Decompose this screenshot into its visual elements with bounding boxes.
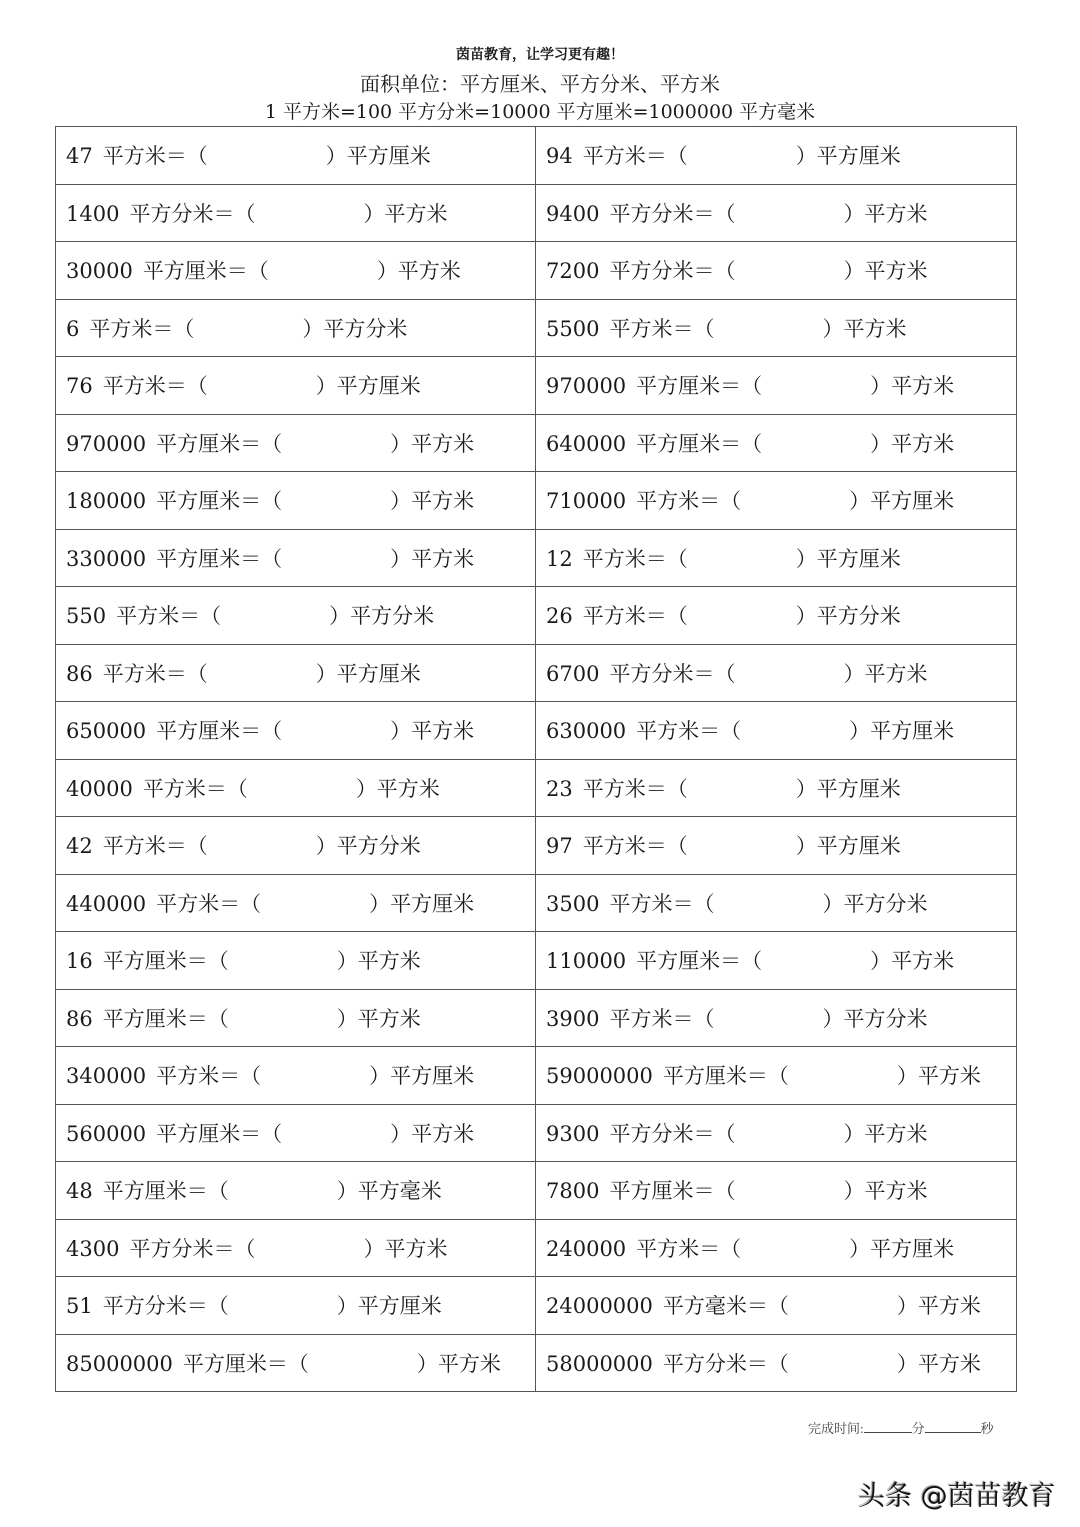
table-row: 1400平方分米＝（）平方米9400平方分米＝（）平方米: [56, 184, 1017, 242]
exercise-table: 47平方米＝（）平方厘米94平方米＝（）平方厘米1400平方分米＝（）平方米94…: [55, 126, 1017, 1392]
table-row: 16平方厘米＝（）平方米110000平方厘米＝（）平方米: [56, 932, 1017, 990]
target-unit: ）平方厘米: [849, 485, 954, 515]
exercise-cell-left: 76平方米＝（）平方厘米: [56, 357, 536, 415]
conversion-question: 970000平方厘米＝（）平方米: [66, 428, 474, 458]
exercise-cell-right: 110000平方厘米＝（）平方米: [536, 932, 1017, 990]
exercise-cell-right: 59000000平方厘米＝（）平方米: [536, 1047, 1017, 1105]
quantity-value: 180000: [66, 489, 146, 513]
exercise-cell-left: 440000平方米＝（）平方厘米: [56, 874, 536, 932]
quantity-value: 710000: [546, 489, 626, 513]
target-unit: ）平方厘米: [849, 715, 954, 745]
exercise-cell-left: 42平方米＝（）平方分米: [56, 817, 536, 875]
quantity-value: 97: [546, 834, 573, 858]
conversion-question: 3500平方米＝（）平方分米: [546, 888, 927, 918]
source-unit: 平方米＝（: [636, 715, 741, 745]
conversion-question: 26平方米＝（）平方分米: [546, 600, 901, 630]
conversion-question: 42平方米＝（）平方分米: [66, 830, 421, 860]
target-unit: ）平方厘米: [369, 888, 474, 918]
quantity-value: 650000: [66, 719, 146, 743]
source-unit: 平方米＝（: [636, 485, 741, 515]
exercise-cell-left: 180000平方厘米＝（）平方米: [56, 472, 536, 530]
target-unit: ）平方米: [390, 543, 474, 573]
source-unit: 平方厘米＝（: [183, 1348, 309, 1378]
source-unit: 平方厘米＝（: [636, 945, 762, 975]
quantity-value: 47: [66, 144, 93, 168]
exercise-cell-right: 24000000平方毫米＝（）平方米: [536, 1277, 1017, 1335]
exercise-cell-right: 9300平方分米＝（）平方米: [536, 1104, 1017, 1162]
conversion-question: 4300平方分米＝（）平方米: [66, 1233, 447, 1263]
table-row: 51平方分米＝（）平方厘米24000000平方毫米＝（）平方米: [56, 1277, 1017, 1335]
exercise-cell-right: 630000平方米＝（）平方厘米: [536, 702, 1017, 760]
target-unit: ）平方米: [390, 485, 474, 515]
conversion-question: 110000平方厘米＝（）平方米: [546, 945, 954, 975]
conversion-question: 47平方米＝（）平方厘米: [66, 140, 431, 170]
minutes-unit: 分: [912, 1421, 925, 1436]
target-unit: ）平方分米: [822, 888, 927, 918]
target-unit: ）平方分米: [329, 600, 434, 630]
table-row: 970000平方厘米＝（）平方米640000平方厘米＝（）平方米: [56, 414, 1017, 472]
quantity-value: 30000: [66, 259, 133, 283]
quantity-value: 970000: [66, 432, 146, 456]
conversion-question: 340000平方米＝（）平方厘米: [66, 1060, 474, 1090]
table-row: 86平方厘米＝（）平方米3900平方米＝（）平方分米: [56, 989, 1017, 1047]
exercise-cell-right: 3500平方米＝（）平方分米: [536, 874, 1017, 932]
target-unit: ）平方米: [870, 945, 954, 975]
source-unit: 平方米＝（: [103, 658, 208, 688]
source-unit: 平方米＝（: [636, 1233, 741, 1263]
target-unit: ）平方分米: [302, 313, 407, 343]
exercise-cell-left: 30000平方厘米＝（）平方米: [56, 242, 536, 300]
quantity-value: 76: [66, 374, 93, 398]
quantity-value: 24000000: [546, 1294, 653, 1318]
exercise-cell-left: 47平方米＝（）平方厘米: [56, 127, 536, 185]
source-unit: 平方米＝（: [116, 600, 221, 630]
table-row: 30000平方厘米＝（）平方米7200平方分米＝（）平方米: [56, 242, 1017, 300]
source-unit: 平方米＝（: [583, 543, 688, 573]
worksheet-title: 面积单位：平方厘米、平方分米、平方米: [0, 68, 1080, 97]
source-unit: 平方米＝（: [156, 1060, 261, 1090]
exercise-cell-right: 58000000平方分米＝（）平方米: [536, 1334, 1017, 1392]
source-unit: 平方分米＝（: [103, 1290, 229, 1320]
quantity-value: 1400: [66, 202, 119, 226]
source-unit: 平方厘米＝（: [156, 715, 282, 745]
source-unit: 平方分米＝（: [129, 1233, 255, 1263]
exercise-cell-right: 7200平方分米＝（）平方米: [536, 242, 1017, 300]
conversion-question: 5500平方米＝（）平方米: [546, 313, 906, 343]
quantity-value: 5500: [546, 317, 599, 341]
source-unit: 平方分米＝（: [609, 255, 735, 285]
target-unit: ）平方米: [897, 1348, 981, 1378]
target-unit: ）平方米: [356, 773, 440, 803]
quantity-value: 26: [546, 604, 573, 628]
exercise-cell-left: 340000平方米＝（）平方厘米: [56, 1047, 536, 1105]
target-unit: ）平方厘米: [796, 140, 901, 170]
exercise-cell-right: 6700平方分米＝（）平方米: [536, 644, 1017, 702]
source-unit: 平方分米＝（: [609, 1118, 735, 1148]
target-unit: ）平方厘米: [796, 543, 901, 573]
target-unit: ）平方米: [363, 1233, 447, 1263]
target-unit: ）平方米: [337, 1003, 421, 1033]
quantity-value: 340000: [66, 1064, 146, 1088]
exercise-cell-right: 970000平方厘米＝（）平方米: [536, 357, 1017, 415]
source-unit: 平方分米＝（: [663, 1348, 789, 1378]
target-unit: ）平方米: [897, 1060, 981, 1090]
conversion-question: 59000000平方厘米＝（）平方米: [546, 1060, 981, 1090]
conversion-question: 970000平方厘米＝（）平方米: [546, 370, 954, 400]
source-unit: 平方米＝（: [103, 370, 208, 400]
table-row: 42平方米＝（）平方分米97平方米＝（）平方厘米: [56, 817, 1017, 875]
target-unit: ）平方分米: [796, 600, 901, 630]
source-unit: 平方厘米＝（: [103, 1175, 229, 1205]
quantity-value: 560000: [66, 1122, 146, 1146]
quantity-value: 7200: [546, 259, 599, 283]
exercise-cell-right: 94平方米＝（）平方厘米: [536, 127, 1017, 185]
seconds-unit: 秒: [981, 1421, 994, 1436]
conversion-question: 23平方米＝（）平方厘米: [546, 773, 901, 803]
conversion-question: 40000平方米＝（）平方米: [66, 773, 440, 803]
target-unit: ）平方米: [822, 313, 906, 343]
quantity-value: 3900: [546, 1007, 599, 1031]
quantity-value: 6: [66, 317, 79, 341]
target-unit: ）平方厘米: [796, 830, 901, 860]
target-unit: ）平方米: [390, 1118, 474, 1148]
source-unit: 平方米＝（: [609, 1003, 714, 1033]
minutes-blank[interactable]: [864, 1420, 912, 1433]
completion-time-label: 完成时间:: [808, 1421, 864, 1436]
target-unit: ）平方米: [843, 658, 927, 688]
target-unit: ）平方厘米: [316, 370, 421, 400]
conversion-question: 76平方米＝（）平方厘米: [66, 370, 421, 400]
completion-time: 完成时间:分秒: [808, 1418, 994, 1437]
conversion-question: 1400平方分米＝（）平方米: [66, 198, 447, 228]
source-unit: 平方米＝（: [103, 830, 208, 860]
table-row: 560000平方厘米＝（）平方米9300平方分米＝（）平方米: [56, 1104, 1017, 1162]
exercise-cell-right: 3900平方米＝（）平方分米: [536, 989, 1017, 1047]
source-unit: 平方米＝（: [609, 888, 714, 918]
conversion-question: 7200平方分米＝（）平方米: [546, 255, 927, 285]
exercise-cell-left: 48平方厘米＝（）平方毫米: [56, 1162, 536, 1220]
conversion-question: 86平方米＝（）平方厘米: [66, 658, 421, 688]
quantity-value: 12: [546, 547, 573, 571]
source-unit: 平方分米＝（: [129, 198, 255, 228]
exercise-cell-right: 5500平方米＝（）平方米: [536, 299, 1017, 357]
conversion-question: 240000平方米＝（）平方厘米: [546, 1233, 954, 1263]
exercise-cell-left: 330000平方厘米＝（）平方米: [56, 529, 536, 587]
quantity-value: 94: [546, 144, 573, 168]
quantity-value: 85000000: [66, 1352, 173, 1376]
quantity-value: 86: [66, 662, 93, 686]
quantity-value: 330000: [66, 547, 146, 571]
quantity-value: 6700: [546, 662, 599, 686]
quantity-value: 59000000: [546, 1064, 653, 1088]
exercise-cell-left: 16平方厘米＝（）平方米: [56, 932, 536, 990]
conversion-question: 640000平方厘米＝（）平方米: [546, 428, 954, 458]
exercise-cell-right: 7800平方厘米＝（）平方米: [536, 1162, 1017, 1220]
exercise-cell-right: 640000平方厘米＝（）平方米: [536, 414, 1017, 472]
source-unit: 平方米＝（: [609, 313, 714, 343]
target-unit: ）平方米: [337, 945, 421, 975]
target-unit: ）平方米: [870, 428, 954, 458]
conversion-question: 650000平方厘米＝（）平方米: [66, 715, 474, 745]
conversion-question: 94平方米＝（）平方厘米: [546, 140, 901, 170]
conversion-question: 58000000平方分米＝（）平方米: [546, 1348, 981, 1378]
conversion-question: 9300平方分米＝（）平方米: [546, 1118, 927, 1148]
exercise-cell-left: 550平方米＝（）平方分米: [56, 587, 536, 645]
table-row: 440000平方米＝（）平方厘米3500平方米＝（）平方分米: [56, 874, 1017, 932]
target-unit: ）平方厘米: [316, 658, 421, 688]
table-row: 180000平方厘米＝（）平方米710000平方米＝（）平方厘米: [56, 472, 1017, 530]
conversion-question: 97平方米＝（）平方厘米: [546, 830, 901, 860]
conversion-question: 6700平方分米＝（）平方米: [546, 658, 927, 688]
quantity-value: 630000: [546, 719, 626, 743]
target-unit: ）平方米: [870, 370, 954, 400]
conversion-question: 9400平方分米＝（）平方米: [546, 198, 927, 228]
quantity-value: 58000000: [546, 1352, 653, 1376]
conversion-question: 6平方米＝（）平方分米: [66, 313, 407, 343]
target-unit: ）平方米: [843, 198, 927, 228]
quantity-value: 42: [66, 834, 93, 858]
source-unit: 平方米＝（: [103, 140, 208, 170]
conversion-question: 330000平方厘米＝（）平方米: [66, 543, 474, 573]
quantity-value: 9400: [546, 202, 599, 226]
exercise-cell-left: 85000000平方厘米＝（）平方米: [56, 1334, 536, 1392]
source-unit: 平方米＝（: [583, 600, 688, 630]
table-row: 550平方米＝（）平方分米26平方米＝（）平方分米: [56, 587, 1017, 645]
conversion-question: 30000平方厘米＝（）平方米: [66, 255, 461, 285]
exercise-cell-left: 86平方厘米＝（）平方米: [56, 989, 536, 1047]
quantity-value: 51: [66, 1294, 93, 1318]
source-unit: 平方厘米＝（: [636, 428, 762, 458]
source-unit: 平方厘米＝（: [156, 1118, 282, 1148]
exercise-cell-left: 6平方米＝（）平方分米: [56, 299, 536, 357]
table-row: 40000平方米＝（）平方米23平方米＝（）平方厘米: [56, 759, 1017, 817]
quantity-value: 86: [66, 1007, 93, 1031]
target-unit: ）平方分米: [822, 1003, 927, 1033]
exercise-cell-left: 51平方分米＝（）平方厘米: [56, 1277, 536, 1335]
slogan: 茵苗教育，让学习更有趣！: [0, 44, 1080, 64]
conversion-question: 440000平方米＝（）平方厘米: [66, 888, 474, 918]
exercise-rows: 47平方米＝（）平方厘米94平方米＝（）平方厘米1400平方分米＝（）平方米94…: [56, 127, 1017, 1392]
exercise-cell-right: 23平方米＝（）平方厘米: [536, 759, 1017, 817]
conversion-question: 560000平方厘米＝（）平方米: [66, 1118, 474, 1148]
source-unit: 平方厘米＝（: [156, 543, 282, 573]
conversion-formula: 1 平方米=100 平方分米=10000 平方厘米=1000000 平方毫米: [0, 97, 1080, 124]
target-unit: ）平方厘米: [337, 1290, 442, 1320]
exercise-cell-left: 1400平方分米＝（）平方米: [56, 184, 536, 242]
quantity-value: 16: [66, 949, 93, 973]
exercise-cell-left: 650000平方厘米＝（）平方米: [56, 702, 536, 760]
source-unit: 平方厘米＝（: [103, 1003, 229, 1033]
conversion-question: 16平方厘米＝（）平方米: [66, 945, 421, 975]
quantity-value: 970000: [546, 374, 626, 398]
target-unit: ）平方米: [363, 198, 447, 228]
table-row: 76平方米＝（）平方厘米970000平方厘米＝（）平方米: [56, 357, 1017, 415]
quantity-value: 23: [546, 777, 573, 801]
source-unit: 平方米＝（: [89, 313, 194, 343]
table-row: 48平方厘米＝（）平方毫米7800平方厘米＝（）平方米: [56, 1162, 1017, 1220]
conversion-question: 180000平方厘米＝（）平方米: [66, 485, 474, 515]
target-unit: ）平方米: [390, 428, 474, 458]
conversion-question: 24000000平方毫米＝（）平方米: [546, 1290, 981, 1320]
source-unit: 平方厘米＝（: [663, 1060, 789, 1090]
conversion-question: 710000平方米＝（）平方厘米: [546, 485, 954, 515]
source-unit: 平方厘米＝（: [156, 485, 282, 515]
table-row: 47平方米＝（）平方厘米94平方米＝（）平方厘米: [56, 127, 1017, 185]
quantity-value: 240000: [546, 1237, 626, 1261]
target-unit: ）平方厘米: [326, 140, 431, 170]
target-unit: ）平方米: [843, 1118, 927, 1148]
target-unit: ）平方米: [897, 1290, 981, 1320]
table-row: 6平方米＝（）平方分米5500平方米＝（）平方米: [56, 299, 1017, 357]
target-unit: ）平方米: [843, 1175, 927, 1205]
exercise-cell-right: 710000平方米＝（）平方厘米: [536, 472, 1017, 530]
target-unit: ）平方米: [843, 255, 927, 285]
source-unit: 平方米＝（: [583, 140, 688, 170]
source-unit: 平方厘米＝（: [143, 255, 269, 285]
conversion-question: 550平方米＝（）平方分米: [66, 600, 434, 630]
quantity-value: 48: [66, 1179, 93, 1203]
exercise-cell-right: 9400平方分米＝（）平方米: [536, 184, 1017, 242]
table-row: 86平方米＝（）平方厘米6700平方分米＝（）平方米: [56, 644, 1017, 702]
exercise-cell-left: 86平方米＝（）平方厘米: [56, 644, 536, 702]
conversion-question: 51平方分米＝（）平方厘米: [66, 1290, 442, 1320]
table-row: 330000平方厘米＝（）平方米12平方米＝（）平方厘米: [56, 529, 1017, 587]
exercise-cell-right: 12平方米＝（）平方厘米: [536, 529, 1017, 587]
target-unit: ）平方厘米: [849, 1233, 954, 1263]
conversion-question: 85000000平方厘米＝（）平方米: [66, 1348, 501, 1378]
exercise-cell-left: 40000平方米＝（）平方米: [56, 759, 536, 817]
exercise-cell-right: 97平方米＝（）平方厘米: [536, 817, 1017, 875]
quantity-value: 440000: [66, 892, 146, 916]
target-unit: ）平方米: [417, 1348, 501, 1378]
table-row: 85000000平方厘米＝（）平方米58000000平方分米＝（）平方米: [56, 1334, 1017, 1392]
quantity-value: 550: [66, 604, 106, 628]
conversion-question: 630000平方米＝（）平方厘米: [546, 715, 954, 745]
conversion-question: 7800平方厘米＝（）平方米: [546, 1175, 927, 1205]
exercise-cell-right: 26平方米＝（）平方分米: [536, 587, 1017, 645]
exercise-cell-left: 970000平方厘米＝（）平方米: [56, 414, 536, 472]
source-unit: 平方分米＝（: [609, 198, 735, 228]
watermark: 头条 @茵苗教育: [858, 1474, 1056, 1513]
exercise-cell-left: 4300平方分米＝（）平方米: [56, 1219, 536, 1277]
source-unit: 平方米＝（: [143, 773, 248, 803]
source-unit: 平方厘米＝（: [103, 945, 229, 975]
quantity-value: 7800: [546, 1179, 599, 1203]
quantity-value: 110000: [546, 949, 626, 973]
source-unit: 平方毫米＝（: [663, 1290, 789, 1320]
quantity-value: 4300: [66, 1237, 119, 1261]
target-unit: ）平方米: [377, 255, 461, 285]
table-row: 650000平方厘米＝（）平方米630000平方米＝（）平方厘米: [56, 702, 1017, 760]
target-unit: ）平方厘米: [369, 1060, 474, 1090]
target-unit: ）平方毫米: [337, 1175, 442, 1205]
source-unit: 平方米＝（: [156, 888, 261, 918]
quantity-value: 40000: [66, 777, 133, 801]
source-unit: 平方米＝（: [583, 830, 688, 860]
quantity-value: 640000: [546, 432, 626, 456]
target-unit: ）平方米: [390, 715, 474, 745]
seconds-blank[interactable]: [925, 1420, 981, 1433]
target-unit: ）平方厘米: [796, 773, 901, 803]
source-unit: 平方厘米＝（: [609, 1175, 735, 1205]
source-unit: 平方厘米＝（: [156, 428, 282, 458]
conversion-question: 12平方米＝（）平方厘米: [546, 543, 901, 573]
conversion-question: 48平方厘米＝（）平方毫米: [66, 1175, 442, 1205]
target-unit: ）平方分米: [316, 830, 421, 860]
table-row: 340000平方米＝（）平方厘米59000000平方厘米＝（）平方米: [56, 1047, 1017, 1105]
conversion-question: 3900平方米＝（）平方分米: [546, 1003, 927, 1033]
conversion-question: 86平方厘米＝（）平方米: [66, 1003, 421, 1033]
source-unit: 平方厘米＝（: [636, 370, 762, 400]
quantity-value: 3500: [546, 892, 599, 916]
source-unit: 平方米＝（: [583, 773, 688, 803]
exercise-cell-left: 560000平方厘米＝（）平方米: [56, 1104, 536, 1162]
exercise-cell-right: 240000平方米＝（）平方厘米: [536, 1219, 1017, 1277]
source-unit: 平方分米＝（: [609, 658, 735, 688]
quantity-value: 9300: [546, 1122, 599, 1146]
table-row: 4300平方分米＝（）平方米240000平方米＝（）平方厘米: [56, 1219, 1017, 1277]
